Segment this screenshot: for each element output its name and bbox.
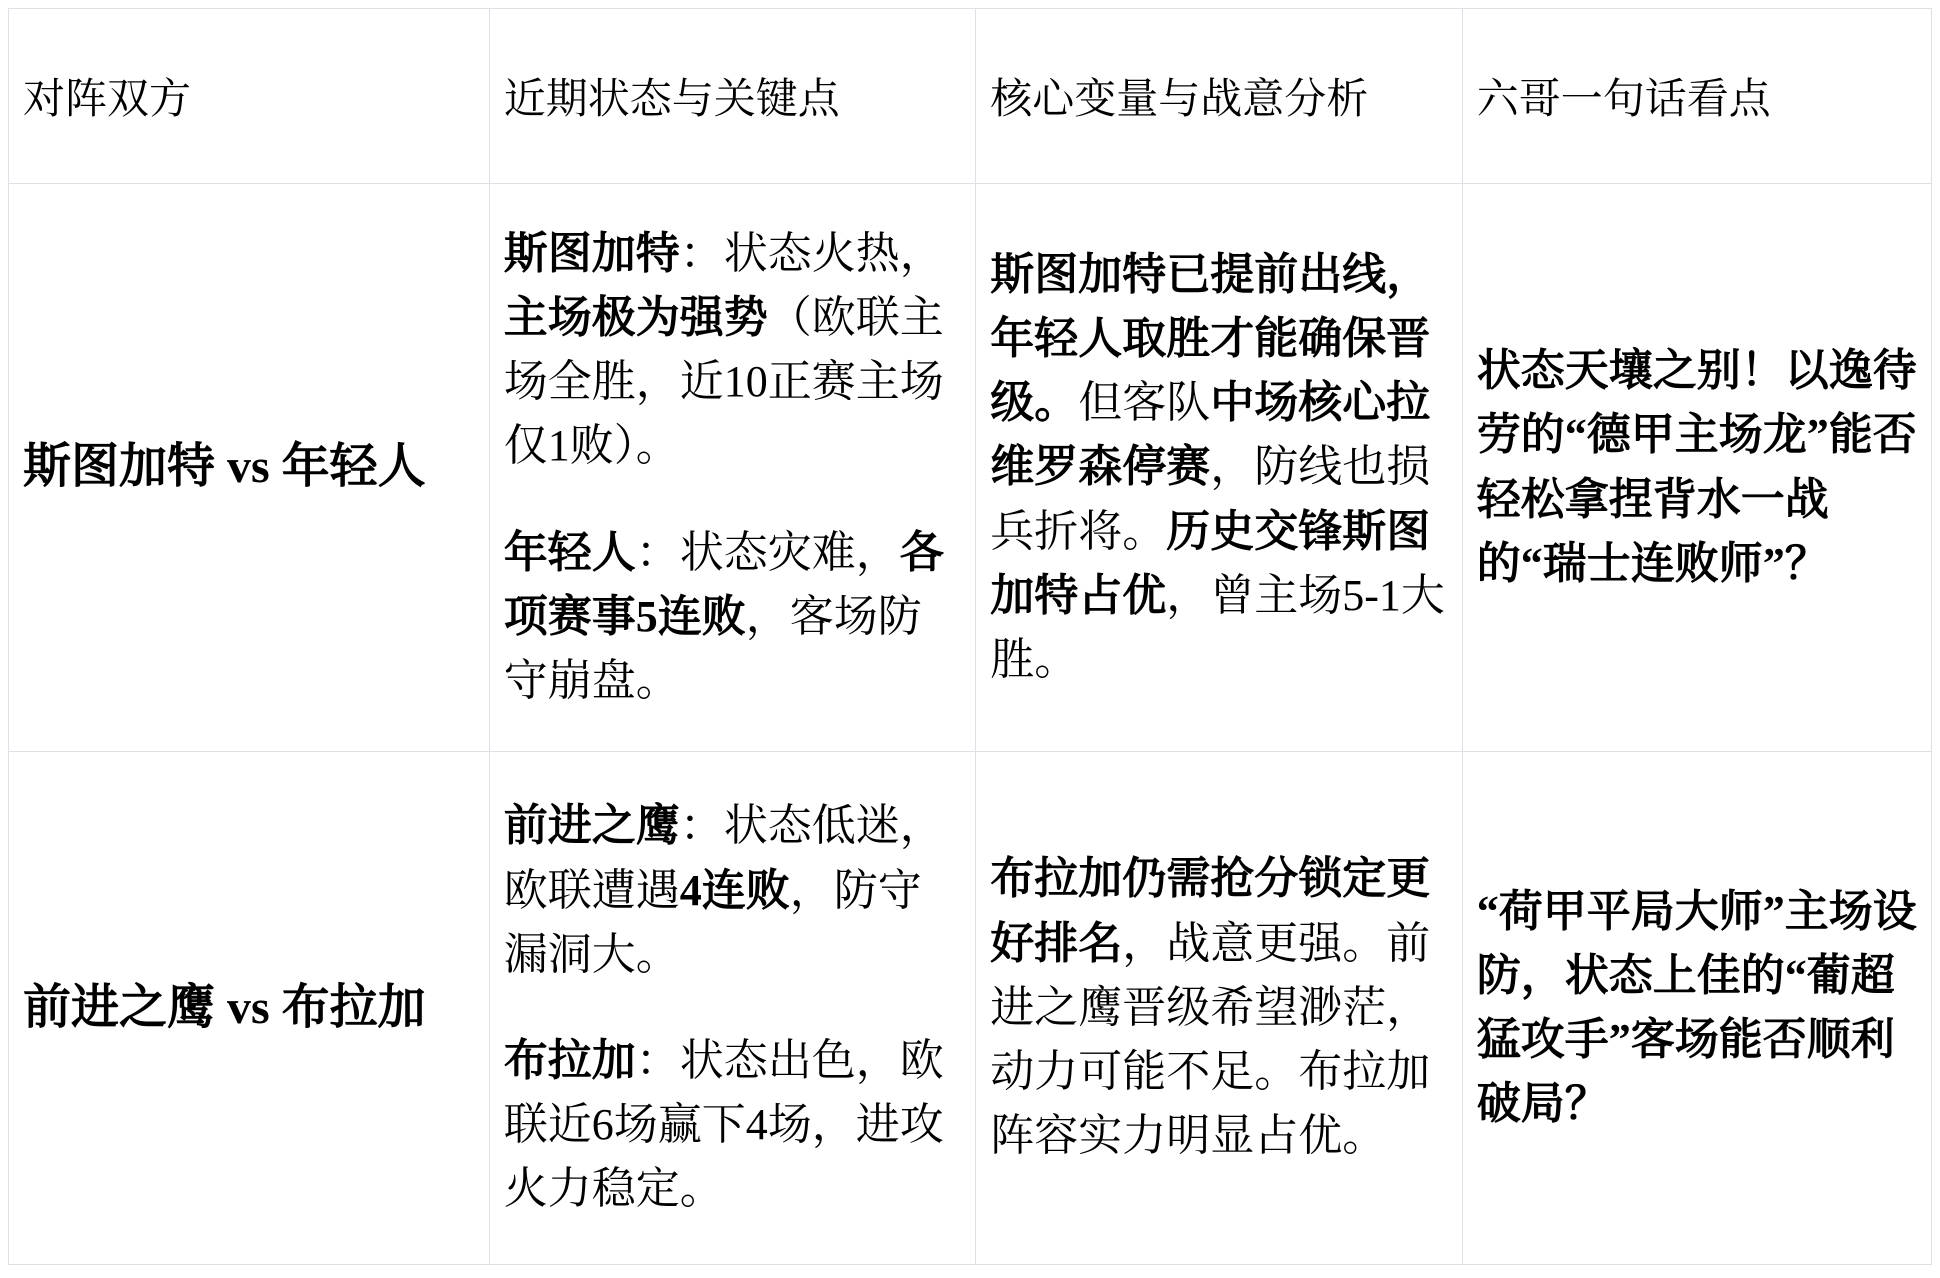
col-header-form: 近期状态与关键点 <box>489 9 976 184</box>
analysis-cell: 布拉加仍需抢分锁定更好排名，战意更强。前进之鹰晋级希望渺茫，动力可能不足。布拉加… <box>976 752 1463 1265</box>
header-row: 对阵双方 近期状态与关键点 核心变量与战意分析 六哥一句话看点 <box>9 9 1932 184</box>
form-away-paragraph: 年轻人：状态灾难，各项赛事5连败，客场防守崩盘。 <box>504 521 966 714</box>
match-preview-table: 对阵双方 近期状态与关键点 核心变量与战意分析 六哥一句话看点 斯图加特 vs … <box>8 8 1932 1265</box>
col-header-analysis: 核心变量与战意分析 <box>976 9 1463 184</box>
analysis-paragraph: 布拉加仍需抢分锁定更好排名，战意更强。前进之鹰晋级希望渺茫，动力可能不足。布拉加… <box>990 847 1452 1168</box>
table-row: 前进之鹰 vs 布拉加 前进之鹰：状态低迷，欧联遭遇4连败，防守漏洞大。 布拉加… <box>9 752 1932 1265</box>
highlight-paragraph: 状态天壤之别！以逸待劳的“德甲主场龙”能否轻松拿捏背水一战的“瑞士连败师”？ <box>1477 339 1921 596</box>
matchup-cell: 前进之鹰 vs 布拉加 <box>9 752 490 1265</box>
form-home-paragraph: 斯图加特：状态火热，主场极为强势（欧联主场全胜，近10正赛主场仅1败）。 <box>504 222 966 479</box>
col-header-matchup: 对阵双方 <box>9 9 490 184</box>
form-home-paragraph: 前进之鹰：状态低迷，欧联遭遇4连败，防守漏洞大。 <box>504 794 966 987</box>
analysis-cell: 斯图加特已提前出线，年轻人取胜才能确保晋级。但客队中场核心拉维罗森停赛，防线也损… <box>976 184 1463 752</box>
table-row: 斯图加特 vs 年轻人 斯图加特：状态火热，主场极为强势（欧联主场全胜，近10正… <box>9 184 1932 752</box>
highlight-cell: “荷甲平局大师”主场设防，状态上佳的“葡超猛攻手”客场能否顺利破局？ <box>1462 752 1931 1265</box>
form-cell: 斯图加特：状态火热，主场极为强势（欧联主场全胜，近10正赛主场仅1败）。 年轻人… <box>489 184 976 752</box>
highlight-paragraph: “荷甲平局大师”主场设防，状态上佳的“葡超猛攻手”客场能否顺利破局？ <box>1477 880 1921 1137</box>
form-away-paragraph: 布拉加：状态出色，欧联近6场赢下4场，进攻火力稳定。 <box>504 1029 966 1222</box>
highlight-cell: 状态天壤之别！以逸待劳的“德甲主场龙”能否轻松拿捏背水一战的“瑞士连败师”？ <box>1462 184 1931 752</box>
matchup-text: 斯图加特 vs 年轻人 <box>23 440 426 493</box>
matchup-cell: 斯图加特 vs 年轻人 <box>9 184 490 752</box>
form-cell: 前进之鹰：状态低迷，欧联遭遇4连败，防守漏洞大。 布拉加：状态出色，欧联近6场赢… <box>489 752 976 1265</box>
analysis-paragraph: 斯图加特已提前出线，年轻人取胜才能确保晋级。但客队中场核心拉维罗森停赛，防线也损… <box>990 243 1452 693</box>
col-header-highlight: 六哥一句话看点 <box>1462 9 1931 184</box>
matchup-text: 前进之鹰 vs 布拉加 <box>23 981 426 1034</box>
